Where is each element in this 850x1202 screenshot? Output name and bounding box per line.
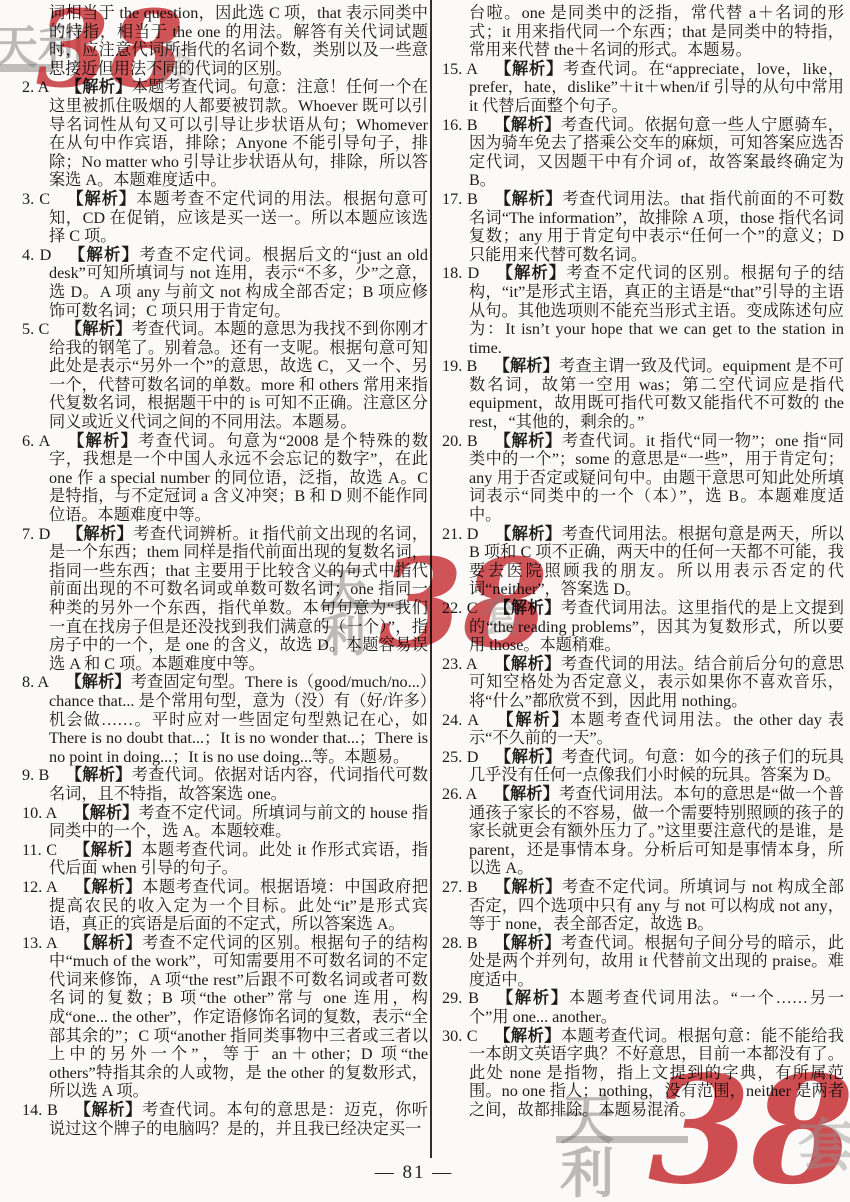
analysis-label: 【解析】 [74, 878, 142, 896]
explanation-item-13: 13. A 【解析】考查不定代词的区别。根据句子的结构中“much of the… [22, 934, 428, 1101]
analysis-label: 【解析】 [494, 878, 562, 896]
item-number-answer: 5. C [22, 320, 65, 338]
item-number-answer: 27. B [442, 878, 494, 896]
analysis-label: 【解析】 [67, 246, 139, 264]
analysis-label: 【解析】 [73, 841, 141, 859]
explanation-item-20: 20. B 【解析】考查代词。it 指代“同一物”；one 指“同类中的一个”；… [442, 432, 844, 525]
continuation-paragraph: 台啦。one 是同类中的泛指，常代替 a＋名词的形式；it 用来指代同一个东西；… [442, 4, 844, 60]
analysis-label: 【解析】 [494, 934, 561, 952]
explanation-item-10: 10. A 【解析】考查不定代词。所填词与前文的 house 指同类中的一个，选… [22, 804, 428, 841]
explanation-item-30: 30. C 【解析】本题考查代词。根据句意：能不能给我一本朗文英语字典？不好意思… [442, 1027, 844, 1120]
explanation-item-26: 26. A 【解析】考查代词用法。本句的意思是“做一个普通孩子家长的不容易，做一… [442, 785, 844, 878]
analysis-label: 【解析】 [493, 785, 559, 803]
item-number-answer: 13. A [22, 934, 74, 952]
explanation-item-2: 2. A 【解析】本题考查代词。句意：注意！任何一个在这里被抓住吸烟的人都要被罚… [22, 78, 428, 190]
explanation-item-15: 15. A 【解析】考查代词。在“appreciate，love，like，pr… [442, 60, 844, 116]
analysis-label: 【解析】 [494, 655, 561, 673]
item-number-answer: 4. D [22, 246, 67, 264]
explanation-item-5: 5. C 【解析】考查代词。本题的意思为我找不到你刚才给我的钢笔了。别着急。还有… [22, 320, 428, 432]
item-number-answer: 3. C [22, 190, 66, 208]
item-text: 台啦。one 是同类中的泛指，常代替 a＋名词的形式；it 用来指代同一个东西；… [469, 4, 844, 59]
item-number-answer: 25. D [442, 748, 495, 766]
scanned-answer-page: 词相当于 the question，因此选 C 项，that 表示同类中的特指，… [0, 0, 850, 1202]
explanation-item-17: 17. B 【解析】考查代词用法。that 指代前面的不可数名词“The inf… [442, 190, 844, 264]
explanation-item-14: 14. B 【解析】考查代词。本句的意思是：迈克，你听说过这个牌子的电脑吗？是的… [22, 1101, 428, 1138]
analysis-label: 【解析】 [495, 748, 562, 766]
right-column: 台啦。one 是同类中的泛指，常代替 a＋名词的形式；it 用来指代同一个东西；… [442, 4, 844, 1120]
item-number-answer: 20. B [442, 432, 494, 450]
analysis-label: 【解析】 [494, 599, 561, 617]
analysis-label: 【解析】 [495, 264, 566, 282]
item-number-answer: 30. C [442, 1027, 494, 1045]
page-number: — 81 — [0, 1162, 828, 1184]
item-number-answer: 16. B [442, 116, 494, 134]
item-text: 词相当于 the question，因此选 C 项，that 表示同类中的特指，… [49, 4, 428, 78]
item-number-answer: 21. D [442, 525, 495, 543]
item-number-answer: 10. A [22, 804, 73, 822]
analysis-label: 【解析】 [494, 116, 561, 134]
explanation-item-23: 23. A 【解析】考查代词的用法。结合前后分句的意思可知空格处为否定意义，表示… [442, 655, 844, 711]
explanation-item-22: 22. C 【解析】考查代词用法。这里指代的是上文提到的“the reading… [442, 599, 844, 655]
item-number-answer: 8. A [22, 673, 65, 691]
analysis-label: 【解析】 [495, 525, 562, 543]
explanation-item-21: 21. D 【解析】考查代词用法。根据句意是两天，所以 B 项和 C 项不正确，… [442, 525, 844, 599]
item-number-answer: 29. B [442, 989, 495, 1007]
item-number-answer: 12. A [22, 878, 74, 896]
item-number-answer: 6. A [22, 432, 67, 450]
analysis-label: 【解析】 [65, 673, 130, 691]
explanation-item-4: 4. D 【解析】考查不定代词。根据后文的“just an old desk”可… [22, 246, 428, 320]
explanation-item-7: 7. D 【解析】考查代词辨析。it 指代前文出现的名词，是一个东西；them … [22, 525, 428, 674]
analysis-label: 【解析】 [65, 78, 131, 96]
analysis-label: 【解析】 [73, 804, 138, 822]
explanation-item-3: 3. C 【解析】本题考查不定代词的用法。根据句意可知，CD 在促销，应该是买一… [22, 190, 428, 246]
explanation-item-27: 27. B 【解析】考查不定代词。所填词与 not 构成全部否定，四个选项中只有… [442, 878, 844, 934]
explanation-item-28: 28. B 【解析】考查代词。根据句子间分号的暗示，此处是两个并列句，故用 it… [442, 934, 844, 990]
item-number-answer: 2. A [22, 78, 65, 96]
continuation-paragraph: 词相当于 the question，因此选 C 项，that 表示同类中的特指，… [22, 4, 428, 78]
analysis-label: 【解析】 [74, 1101, 142, 1119]
explanation-item-16: 16. B 【解析】考查代词。依据句意一些人宁愿骑车，因为骑车免去了搭乘公交车的… [442, 116, 844, 190]
analysis-label: 【解析】 [493, 357, 559, 375]
explanation-item-11: 11. C 【解析】本题考查代词。此处 it 作形式宾语，指代后面 when 引… [22, 841, 428, 878]
explanation-item-19: 19. B 【解析】考查主谓一致及代词。equipment 是不可数名词，故第一… [442, 357, 844, 431]
item-number-answer: 28. B [442, 934, 494, 952]
item-text: 考查不定代词的区别。根据句子的结构中“much of the work”，可知需… [49, 934, 428, 1101]
analysis-label: 【解析】 [494, 190, 562, 208]
item-number-answer: 18. D [442, 264, 495, 282]
analysis-label: 【解析】 [494, 1027, 561, 1045]
analysis-label: 【解析】 [74, 934, 142, 952]
item-number-answer: 11. C [22, 841, 73, 859]
item-text: 考查代词辨析。it 指代前文出现的名词，是一个东西；them 同样是指代前面出现… [49, 525, 428, 673]
column-divider [430, 0, 432, 1158]
item-number-answer: 26. A [442, 785, 493, 803]
analysis-label: 【解析】 [494, 432, 562, 450]
item-number-answer: 22. C [442, 599, 494, 617]
watermark-underline [556, 1136, 688, 1143]
analysis-label: 【解析】 [495, 711, 570, 729]
analysis-label: 【解析】 [495, 989, 569, 1007]
explanation-item-6: 6. A 【解析】考查代词。句意为“2008 是个特殊的数字，我想是一个中国人永… [22, 432, 428, 525]
left-column: 词相当于 the question，因此选 C 项，that 表示同类中的特指，… [22, 4, 428, 1138]
item-number-answer: 23. A [442, 655, 494, 673]
explanation-item-9: 9. B 【解析】考查代词。依据对话内容，代词指代可数名词，且不特指，故答案选 … [22, 766, 428, 803]
explanation-item-8: 8. A 【解析】考查固定句型。There is（good/much/no...… [22, 673, 428, 766]
explanation-item-18: 18. D 【解析】考查不定代词的区别。根据句子的结构，“it”是形式主语，真正… [442, 264, 844, 357]
explanation-item-24: 24. A 【解析】本题考查代词用法。the other day 表示“不久前的… [442, 711, 844, 748]
item-number-answer: 17. B [442, 190, 494, 208]
analysis-label: 【解析】 [65, 320, 131, 338]
explanation-item-29: 29. B 【解析】本题考查代词用法。“一个……另一个”用 one... ano… [442, 989, 844, 1026]
analysis-label: 【解析】 [494, 60, 563, 78]
item-number-answer: 19. B [442, 357, 493, 375]
analysis-label: 【解析】 [67, 432, 139, 450]
item-number-answer: 14. B [22, 1101, 74, 1119]
item-number-answer: 15. A [442, 60, 494, 78]
analysis-label: 【解析】 [66, 525, 133, 543]
item-number-answer: 24. A [442, 711, 495, 729]
analysis-label: 【解析】 [65, 766, 131, 784]
explanation-item-12: 12. A 【解析】本题考查代词。根据语境：中国政府把提高农民的收入定为一个目标… [22, 878, 428, 934]
analysis-label: 【解析】 [66, 190, 136, 208]
explanation-item-25: 25. D 【解析】考查代词。句意：如今的孩子们的玩具几乎没有任何一点像我们小时… [442, 748, 844, 785]
item-number-answer: 7. D [22, 525, 66, 543]
item-number-answer: 9. B [22, 766, 65, 784]
